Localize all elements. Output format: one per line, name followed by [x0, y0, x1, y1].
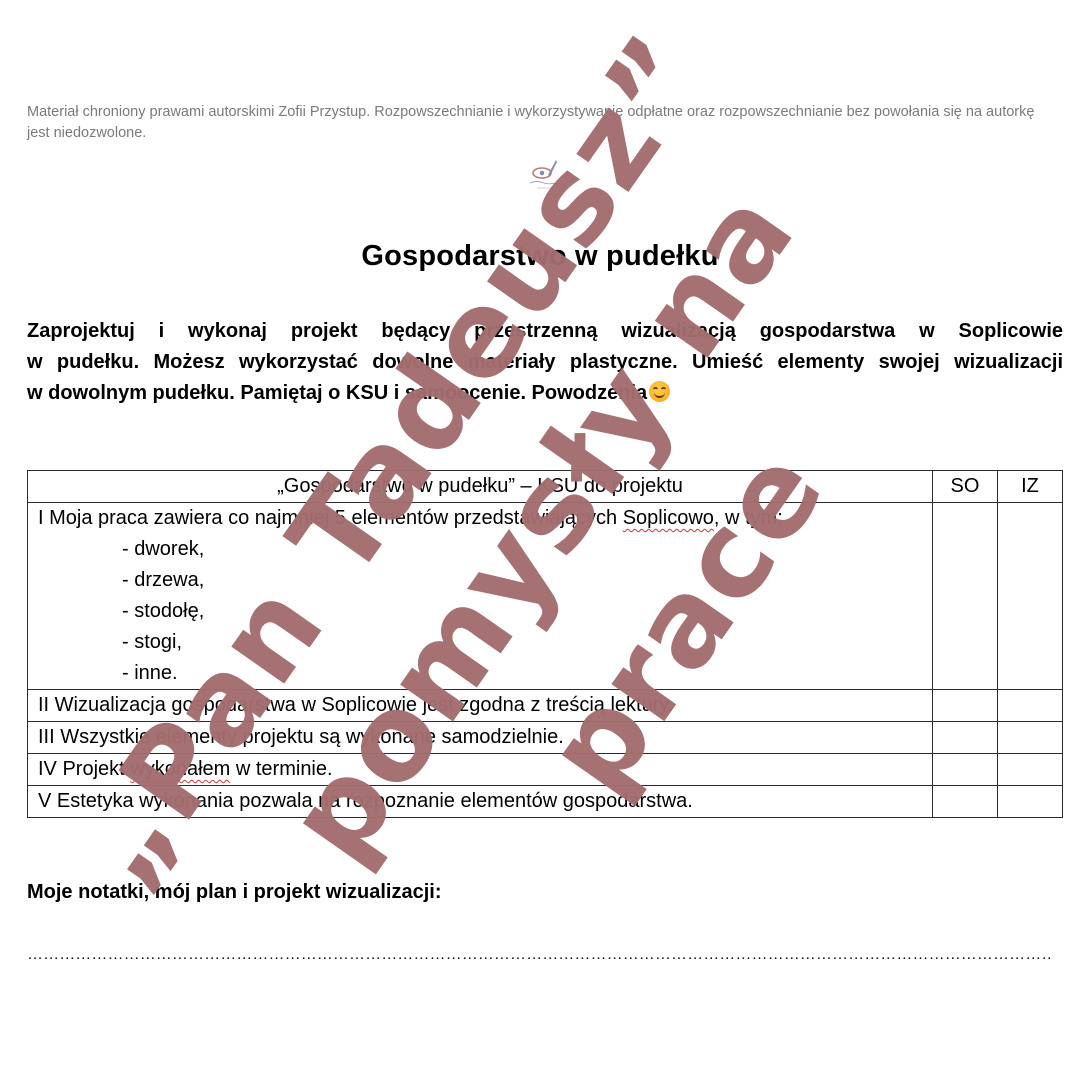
iz-cell[interactable] [998, 690, 1063, 722]
sub-item: - stogi, [38, 627, 922, 658]
criterion-cell-3: III Wszystkie elementy projektu są wykon… [28, 722, 933, 754]
criterion-text-end: , w tym: [714, 507, 783, 529]
notes-heading: Moje notatki, mój plan i projekt wizuali… [27, 881, 442, 904]
so-cell[interactable] [933, 503, 998, 690]
so-header: SO [933, 471, 998, 503]
criteria-header: „Gospodarstwo w pudełku” – KSU do projek… [28, 471, 933, 503]
table-row: V Estetyka wykonania pozwala na rozpozna… [28, 786, 1063, 818]
sub-item: - dworek, [38, 534, 922, 565]
table-row: I Moja praca zawiera co najmniej 5 eleme… [28, 503, 1063, 690]
criterion-text: I Moja praca zawiera co najmniej 5 eleme… [38, 507, 623, 529]
criterion-cell-1: I Moja praca zawiera co najmniej 5 eleme… [28, 503, 933, 690]
notes-dotted-line: …………………………………………………………………………………………………………… [27, 946, 1051, 966]
criterion-cell-4: IV Projekt wykonałem w terminie. [28, 754, 933, 786]
sub-item: - drzewa, [38, 565, 922, 596]
table-row: IV Projekt wykonałem w terminie. [28, 754, 1063, 786]
iz-cell[interactable] [998, 503, 1063, 690]
iz-cell[interactable] [998, 722, 1063, 754]
table-row: III Wszystkie elementy projektu są wykon… [28, 722, 1063, 754]
spellcheck-flagged-word: Soplicowo [623, 507, 714, 529]
table-header-row: „Gospodarstwo w pudełku” – KSU do projek… [28, 471, 1063, 503]
eye-feather-logo-icon [522, 158, 568, 192]
criterion-text: IV Projekt [38, 758, 130, 780]
iz-header: IZ [998, 471, 1063, 503]
spellcheck-flagged-word: wykonałem [130, 758, 230, 780]
intro-paragraph: Zaprojektuj i wykonaj projekt będący prz… [27, 316, 1063, 409]
intro-line-3-text: w dowolnym pudełku. Pamiętaj o KSU i sam… [27, 382, 647, 404]
criterion-cell-5: V Estetyka wykonania pozwala na rozpozna… [28, 786, 933, 818]
intro-line-2: w pudełku. Możesz wykorzystać dowolne ma… [27, 347, 1063, 378]
copyright-notice: Materiał chroniony prawami autorskimi Zo… [27, 102, 1037, 144]
so-cell[interactable] [933, 786, 998, 818]
so-cell[interactable] [933, 690, 998, 722]
iz-cell[interactable] [998, 754, 1063, 786]
ksu-table: „Gospodarstwo w pudełku” – KSU do projek… [27, 470, 1063, 818]
sub-item: - stodołę, [38, 596, 922, 627]
iz-cell[interactable] [998, 786, 1063, 818]
intro-line-1: Zaprojektuj i wykonaj projekt będący prz… [27, 316, 1063, 347]
intro-line-3: w dowolnym pudełku. Pamiętaj o KSU i sam… [27, 378, 1063, 409]
criterion-cell-2: II Wizualizacja gospodarstwa w Soplicowi… [28, 690, 933, 722]
page-title: Gospodarstwo w pudełku [0, 240, 1080, 273]
sub-item: - inne. [38, 658, 922, 689]
so-cell[interactable] [933, 754, 998, 786]
criterion-text-end: w terminie. [230, 758, 332, 780]
so-cell[interactable] [933, 722, 998, 754]
smiling-face-icon [649, 381, 670, 402]
table-row: II Wizualizacja gospodarstwa w Soplicowi… [28, 690, 1063, 722]
